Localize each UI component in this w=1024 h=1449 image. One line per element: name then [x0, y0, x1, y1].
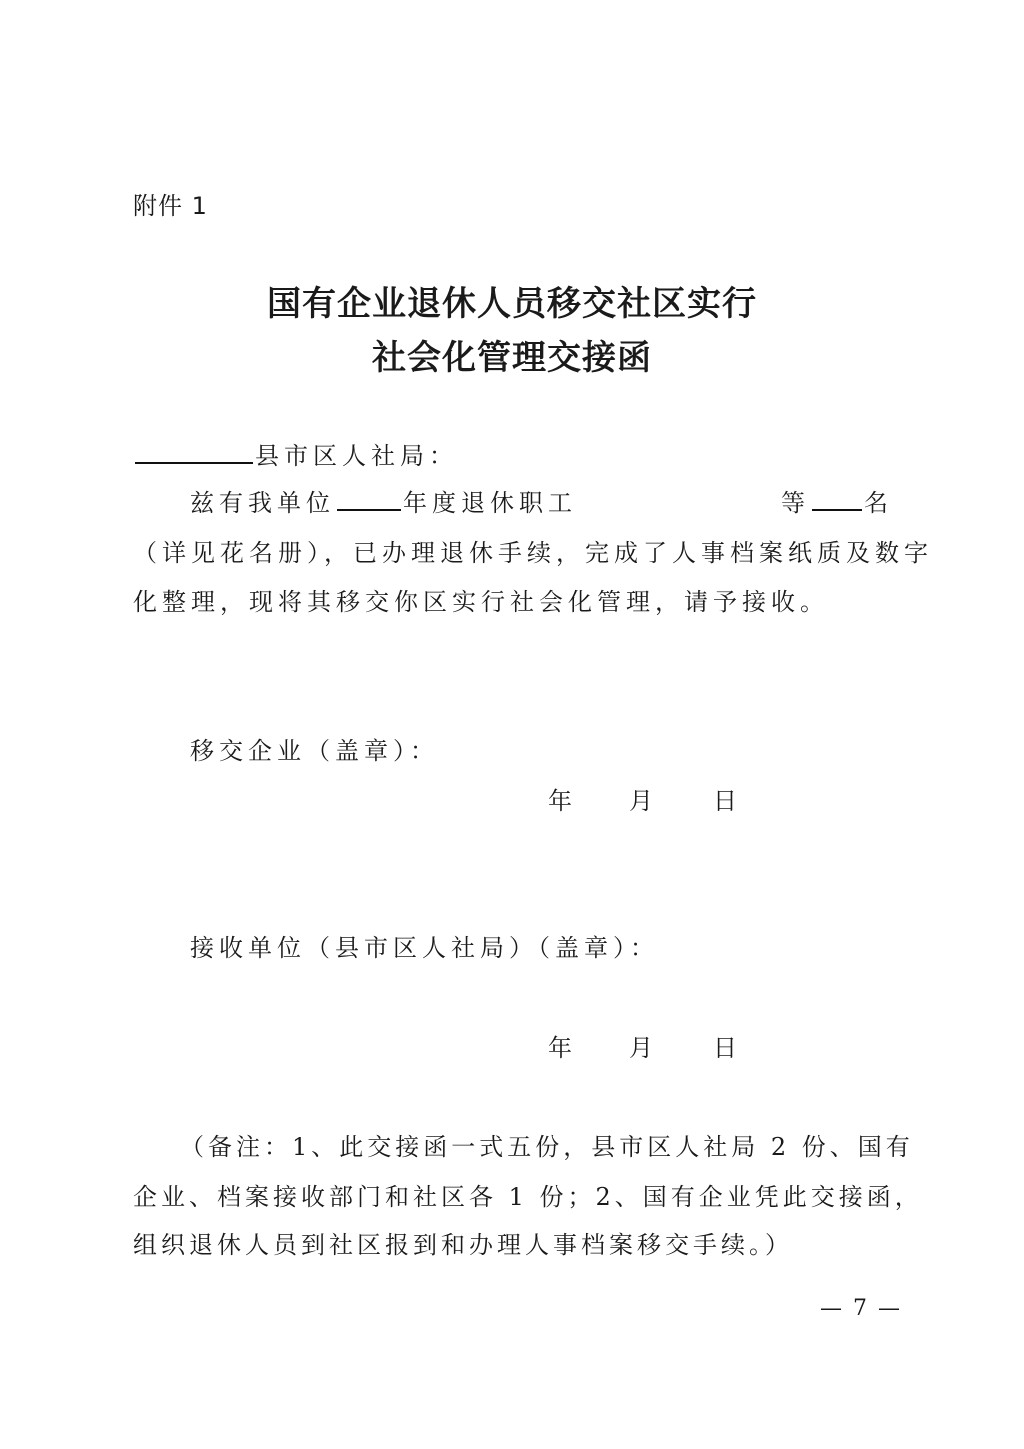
paragraph-line-2: （详见花名册），已办理退休手续，完成了人事档案纸质及数字	[133, 533, 933, 568]
document-title-line-1: 国有企业退休人员移交社区实行	[0, 276, 1024, 325]
unit-text: 兹有我单位	[190, 489, 335, 517]
transfer-date-month: 月	[629, 781, 653, 816]
receiver-date-day: 日	[713, 1028, 737, 1063]
year-blank[interactable]	[337, 508, 401, 511]
count-blank[interactable]	[812, 508, 862, 511]
addressee-suffix: 县市区人社局：	[255, 442, 458, 470]
attachment-label: 附件 1	[133, 186, 208, 221]
document-title-line-2: 社会化管理交接函	[0, 330, 1024, 379]
receiver-seal-label: 接收单位（县市区人社局）（盖章）：	[190, 928, 659, 963]
paragraph-line-1-right: 等名	[781, 483, 893, 518]
transfer-enterprise-seal-label: 移交企业（盖章）：	[190, 731, 439, 766]
person-unit-text: 名	[864, 489, 893, 517]
etc-text: 等	[781, 489, 810, 517]
office-name-blank[interactable]	[135, 461, 253, 464]
receiver-date-month: 月	[629, 1028, 653, 1063]
retired-staff-text: 年度退休职工	[403, 489, 577, 517]
page-number: — 7 —	[820, 1296, 902, 1321]
note-line-3: 组织退休人员到社区报到和办理人事档案移交手续。）	[133, 1225, 793, 1260]
addressee-line: 县市区人社局：	[133, 436, 458, 471]
transfer-date-year: 年	[548, 781, 572, 816]
receiver-date-year: 年	[548, 1028, 572, 1063]
paragraph-line-1-left: 兹有我单位年度退休职工	[190, 483, 577, 518]
note-line-1: （备注：1、此交接函一式五份，县市区人社局 2 份、国有	[180, 1127, 914, 1162]
note-line-2: 企业、档案接收部门和社区各 1 份；2、国有企业凭此交接函，	[133, 1177, 923, 1212]
paragraph-line-3: 化整理，现将其移交你区实行社会化管理，请予接收。	[133, 582, 829, 617]
transfer-date-day: 日	[713, 781, 737, 816]
